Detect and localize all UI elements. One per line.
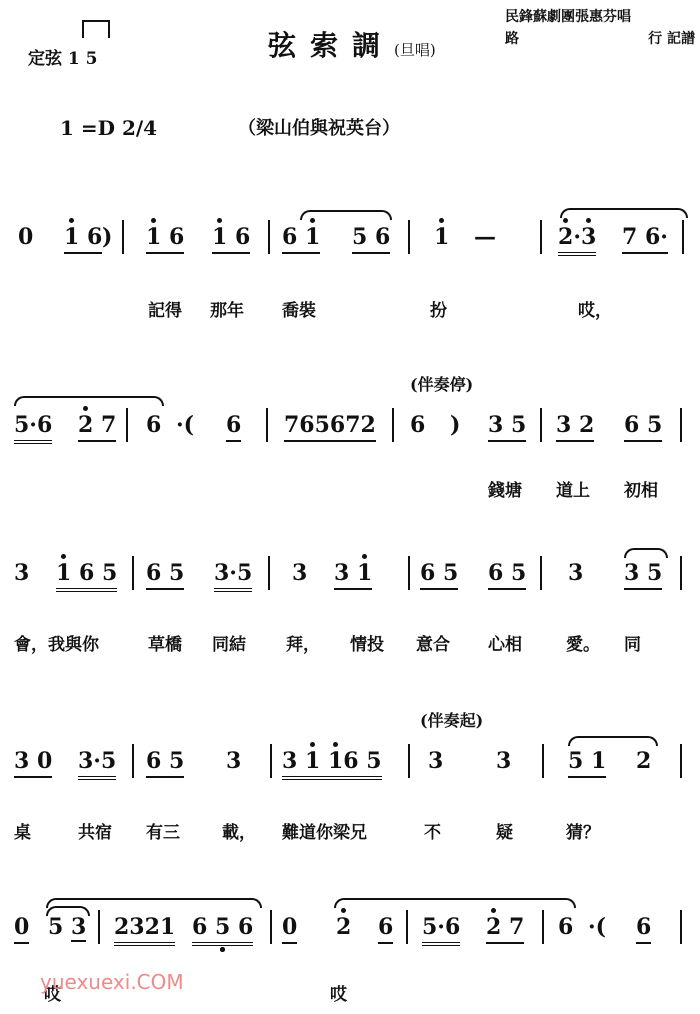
watermark: yuexuexi.COM [40,970,184,994]
page-title: 弦索調(旦唱) [268,24,436,64]
lyric: 有三 [146,818,180,843]
lyric: 猜？ [566,818,600,843]
score-row-2: 5·6 2 7 6 ·( 6 765672 6 ) 3 5 3 2 6 5 [0,410,700,450]
score-row-1: 0 1 6 ) 1 6 1 6 6 1 5 6 1 — 2·3 7 6· [0,222,700,262]
lyric: 不 [424,818,441,843]
key-signature: 1 =D 2/4 [60,116,157,140]
lyric: 那年 [210,296,244,321]
lyric: 扮 [430,296,447,321]
lyric: 情投 [350,630,384,655]
lyric: 初相 [624,476,658,501]
lyric: 難道你梁兄 [282,818,367,843]
lyric: 會，我與你 [14,630,99,655]
score-row-5: 0 5 3 2321 6 5 6 0 2 6 5·6 2 7 6 ·( 6 [0,912,700,952]
lyric: 拜， [286,630,320,655]
tuning-label: 定弦 1 5 [28,44,98,69]
tuning-bracket [82,20,110,38]
lyric: 錢塘 [488,476,522,501]
lyric: 同結 [212,630,246,655]
annotation: (伴奏起) [420,708,483,731]
score-row-3: 3 1 6 5 6 5 3·5 3 3 1 6 5 6 5 3 3 5 [0,558,700,598]
lyric: 共宿 [78,818,112,843]
lyric: 載， [222,818,256,843]
lyric: 記得 [148,296,182,321]
lyric: 道上 [556,476,590,501]
lyric: 哎， [578,296,612,321]
credits: 民鋒蘇劇團張惠芬唱 路行 記譜 [505,6,695,50]
lyric: 桌 [14,818,31,843]
lyric: 喬裝 [282,296,316,321]
lyric: 草橋 [148,630,182,655]
lyric: 疑 [496,818,513,843]
annotation: (伴奏停) [410,372,473,395]
score-row-4: 3 0 3·5 6 5 3 3 1 16 5 3 3 5 1 2 [0,746,700,786]
opera-name: （梁山伯與祝英台） [238,114,400,140]
lyric: 同 [624,630,641,655]
lyric: 心相 [488,630,522,655]
lyric: 愛。 [566,630,600,655]
lyric: 哎 [330,980,347,1005]
lyric: 意合 [416,630,450,655]
